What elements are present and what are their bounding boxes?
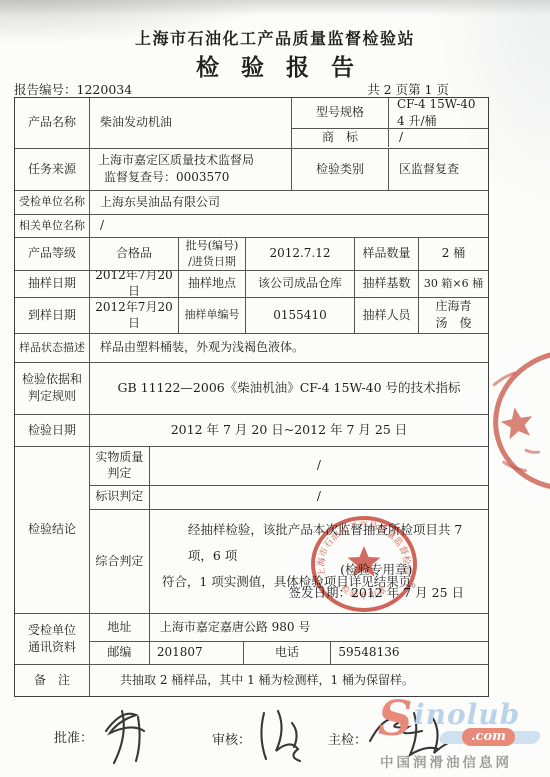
row-inspection-date: 检验日期 2012 年 7 月 20 日~2012 年 7 月 25 日 bbox=[15, 414, 488, 446]
sinolub-watermark: S inolub .com 中国润滑油信息网 bbox=[378, 697, 546, 771]
batch-label-line1: 批号(编号) bbox=[186, 239, 239, 253]
review-label: 审核： bbox=[212, 729, 251, 748]
related-unit-value-cell: / bbox=[89, 215, 488, 237]
physical-value-cell: / bbox=[149, 447, 488, 485]
grade-value-cell: 合格品 bbox=[89, 238, 178, 270]
sampler-value-cell: 庄海青 汤 俊 bbox=[418, 298, 488, 333]
row-conclusion: 检验结论 实物质量 判定 / 标识判定 / 综合判定 经抽样检验，该批产品本次 bbox=[15, 446, 488, 613]
watermark-s-logo: S bbox=[378, 695, 413, 743]
sample-state-label-cell: 样品状态描述 bbox=[15, 334, 89, 362]
document-title: 检 验 报 告 bbox=[0, 49, 550, 82]
tel-label-cell: 电话 bbox=[243, 642, 331, 664]
batch-value-cell: 2012.7.12 bbox=[245, 238, 354, 270]
task-source-value-cell: 上海市嘉定区质量技术监督局 监督复查号：0003570 bbox=[89, 149, 291, 190]
sample-state-value-cell: 样品由塑料桶装，外观为浅褐色液体。 bbox=[89, 334, 488, 362]
sampling-base-value-cell: 30 箱×6 桶 bbox=[418, 271, 488, 297]
sampler-line2: 汤 俊 bbox=[435, 316, 471, 332]
report-table: 产品名称 柴油发动机油 型号规格 CF-4 15W-40 4 升/桶 商 标 /… bbox=[14, 97, 489, 697]
issue-date: 签发日期：2012 年 7 月 25 日 bbox=[288, 581, 464, 604]
tel-value-cell: 59548136 bbox=[330, 642, 488, 664]
scan-artifact-top bbox=[0, 0, 550, 16]
grade-label-cell: 产品等级 bbox=[15, 238, 89, 270]
report-number: 报告编号：1220034 bbox=[14, 80, 132, 98]
model-value-cell: CF-4 15W-40 4 升/桶 bbox=[388, 98, 488, 128]
row-product: 产品名称 柴油发动机油 型号规格 CF-4 15W-40 4 升/桶 商 标 / bbox=[15, 98, 488, 148]
conclusion-group: 实物质量 判定 / 标识判定 / 综合判定 经抽样检验，该批产品本次监督抽查所检… bbox=[89, 447, 488, 613]
report-meta-line: 报告编号：1220034 共 2 页第 1 页 bbox=[14, 80, 489, 98]
row-grade: 产品等级 合格品 批号(编号) /进货日期 2012.7.12 样品数量 2 桶 bbox=[15, 237, 488, 270]
address-value-cell: 上海市嘉定嘉唐公路 980 号 bbox=[149, 614, 488, 641]
sample-qty-label-cell: 样品数量 bbox=[354, 238, 418, 270]
sampling-base-label-cell: 抽样基数 bbox=[354, 271, 418, 297]
product-label-cell: 产品名称 bbox=[15, 98, 89, 148]
watermark-chinese-text: 中国润滑油信息网 bbox=[380, 751, 512, 771]
inspected-unit-value-cell: 上海东昊油品有限公司 bbox=[89, 191, 488, 214]
physical-label-line1: 实物质量 bbox=[95, 450, 143, 466]
task-source-line2: 监督复查号：0003570 bbox=[98, 170, 229, 186]
star-icon bbox=[499, 405, 536, 441]
contact-label-line1: 受检单位 bbox=[28, 623, 76, 639]
row-related-unit: 相关单位名称 / bbox=[15, 214, 488, 237]
basis-label-line2: 判定规则 bbox=[28, 389, 76, 405]
inspection-date-value-cell: 2012 年 7 月 20 日~2012 年 7 月 25 日 bbox=[89, 415, 488, 446]
overall-label-cell: 综合判定 bbox=[90, 510, 149, 613]
organization-title: 上海市石油化工产品质量监督检验站 bbox=[0, 26, 550, 49]
row-contact: 受检单位 通讯资料 地址 上海市嘉定嘉唐公路 980 号 邮编 201807 电… bbox=[15, 613, 488, 664]
sample-qty-value-cell: 2 桶 bbox=[418, 238, 488, 270]
sampling-place-value-cell: 该公司成品仓库 bbox=[245, 271, 354, 297]
sampler-label-cell: 抽样人员 bbox=[354, 298, 418, 333]
arrival-date-value-cell: 2012年7月20日 bbox=[89, 298, 178, 333]
contact-group: 地址 上海市嘉定嘉唐公路 980 号 邮编 201807 电话 59548136 bbox=[89, 614, 488, 664]
physical-label-cell: 实物质量 判定 bbox=[90, 447, 149, 485]
row-task-source: 任务来源 上海市嘉定区质量技术监督局 监督复查号：0003570 检验类别 区监… bbox=[15, 148, 488, 190]
row-arrival-date: 到样日期 2012年7月20日 抽样单编号 0155410 抽样人员 庄海青 汤… bbox=[15, 297, 488, 333]
row-physical-judgement: 实物质量 判定 / bbox=[90, 447, 488, 485]
report-number-value: 1220034 bbox=[77, 82, 133, 97]
address-label-cell: 地址 bbox=[90, 614, 149, 641]
sampler-line1: 庄海青 bbox=[435, 299, 471, 315]
watermark-name: inolub bbox=[414, 701, 520, 729]
mark-label-cell: 标识判定 bbox=[90, 486, 149, 509]
approve-signature bbox=[92, 701, 176, 767]
arrival-date-label-cell: 到样日期 bbox=[15, 298, 89, 333]
remark-label-cell: 备 注 bbox=[15, 665, 89, 696]
sampling-date-label-cell: 抽样日期 bbox=[15, 271, 89, 297]
sampling-sheet-label-cell: 抽样单编号 bbox=[178, 298, 245, 333]
row-sample-state: 样品状态描述 样品由塑料桶装，外观为浅褐色液体。 bbox=[15, 333, 488, 362]
basis-value-cell: GB 11122—2006《柴油机油》CF-4 15W-40 号的技术指标 bbox=[89, 363, 488, 414]
row-sampling-date: 抽样日期 2012年7月20日 抽样地点 该公司成品仓库 抽样基数 30 箱×6… bbox=[15, 270, 488, 297]
sampling-sheet-value-cell: 0155410 bbox=[245, 298, 354, 333]
task-source-label-cell: 任务来源 bbox=[15, 149, 89, 190]
sampling-place-label-cell: 抽样地点 bbox=[178, 271, 245, 297]
contact-label-line2: 通讯资料 bbox=[28, 640, 76, 656]
report-number-label: 报告编号： bbox=[14, 82, 77, 97]
model-line2: 4 升/桶 bbox=[397, 114, 437, 129]
page-info: 共 2 页第 1 页 bbox=[367, 80, 449, 98]
physical-label-line2: 判定 bbox=[107, 466, 131, 482]
mark-value-cell: / bbox=[149, 486, 488, 509]
review-signature bbox=[248, 703, 318, 769]
inspection-type-label-cell: 检验类别 bbox=[291, 149, 388, 190]
model-trademark-group: 型号规格 CF-4 15W-40 4 升/桶 商 标 / bbox=[291, 98, 488, 148]
approve-label: 批准： bbox=[54, 727, 93, 746]
product-value-cell: 柴油发动机油 bbox=[89, 98, 291, 148]
inspection-type-value-cell: 区监督复查 bbox=[388, 149, 488, 190]
contact-label-cell: 受检单位 通讯资料 bbox=[15, 614, 89, 664]
row-trademark: 商 标 / bbox=[292, 128, 488, 147]
row-zip-tel: 邮编 201807 电话 59548136 bbox=[90, 641, 488, 664]
model-line1: CF-4 15W-40 bbox=[397, 98, 476, 113]
seal-note: (检验专用章) bbox=[288, 558, 464, 581]
related-unit-label-cell: 相关单位名称 bbox=[15, 215, 89, 237]
watermark-com-badge: .com bbox=[462, 728, 515, 746]
batch-label-cell: 批号(编号) /进货日期 bbox=[178, 238, 245, 270]
batch-label-line2: /进货日期 bbox=[188, 255, 236, 269]
conclusion-text-cell: 经抽样检验，该批产品本次监督抽查所检项目共 7 项，6 项 符合，1 项实测值，… bbox=[149, 510, 488, 613]
model-label-cell: 型号规格 bbox=[292, 98, 388, 128]
row-model: 型号规格 CF-4 15W-40 4 升/桶 bbox=[292, 98, 488, 128]
trademark-label-cell: 商 标 bbox=[292, 129, 388, 147]
row-basis: 检验依据和 判定规则 GB 11122—2006《柴油机油》CF-4 15W-4… bbox=[15, 362, 488, 414]
seal-issue-block: (检验专用章) 签发日期：2012 年 7 月 25 日 bbox=[288, 558, 464, 604]
inspected-unit-label-cell: 受检单位名称 bbox=[15, 191, 89, 214]
row-address: 地址 上海市嘉定嘉唐公路 980 号 bbox=[90, 614, 488, 641]
basis-label-cell: 检验依据和 判定规则 bbox=[15, 363, 89, 414]
remark-value-cell: 共抽取 2 桶样品，其中 1 桶为检测样，1 桶为保留样。 bbox=[89, 665, 488, 696]
trademark-value-cell: / bbox=[388, 129, 488, 147]
inspection-date-label-cell: 检验日期 bbox=[15, 415, 89, 446]
zip-value-cell: 201807 bbox=[149, 642, 243, 664]
sampling-date-value-cell: 2012年7月20日 bbox=[89, 271, 178, 297]
inspection-report-page: 上海市石油化工产品质量监督检验站 检 验 报 告 报告编号：1220034 共 … bbox=[0, 0, 550, 777]
conclusion-label-cell: 检验结论 bbox=[15, 447, 89, 613]
basis-label-line1: 检验依据和 bbox=[22, 372, 82, 388]
row-inspected-unit: 受检单位名称 上海东昊油品有限公司 bbox=[15, 190, 488, 214]
row-mark-judgement: 标识判定 / bbox=[90, 485, 488, 509]
zip-label-cell: 邮编 bbox=[90, 642, 149, 664]
row-remark: 备 注 共抽取 2 桶样品，其中 1 桶为检测样，1 桶为保留样。 bbox=[15, 664, 488, 696]
edge-seal-partial bbox=[488, 350, 550, 500]
row-overall-judgement: 综合判定 经抽样检验，该批产品本次监督抽查所检项目共 7 项，6 项 符合，1 … bbox=[90, 509, 488, 613]
task-source-line1: 上海市嘉定区质量技术监督局 bbox=[98, 153, 254, 169]
